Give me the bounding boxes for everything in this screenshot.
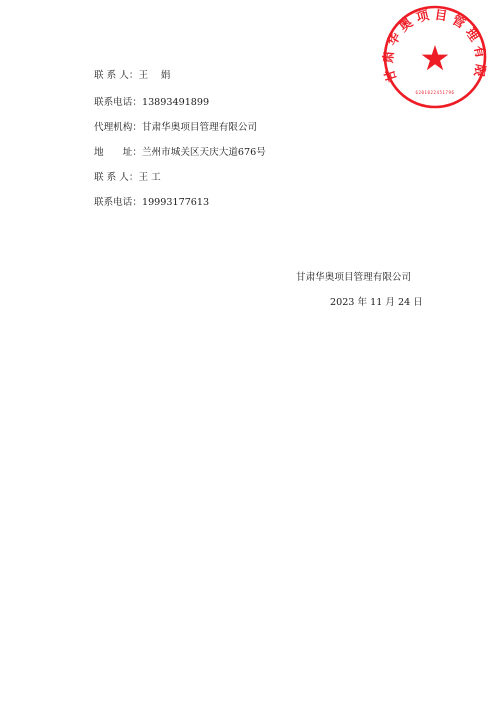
address-value: 兰州市城关区天庆大道676号 (142, 147, 266, 158)
company-seal: 甘肃华奥项目管理有限公司 6201022451796 (372, 0, 498, 116)
svg-text:6201022451796: 6201022451796 (415, 90, 454, 95)
agency-phone-row: 联系电话：19993177613 (94, 197, 209, 209)
agency-row: 代理机构：甘肃华奥项目管理有限公司 (94, 122, 257, 134)
signature-date: 2023 年 11 月 24 日 (330, 297, 423, 309)
purchaser-phone-row: 联系电话：13893491899 (94, 97, 209, 109)
agency-value: 甘肃华奥项目管理有限公司 (142, 122, 257, 133)
star-icon (422, 45, 449, 70)
agency-contact-row: 联 系 人：王 工 (94, 172, 161, 184)
svg-text:甘肃华奥项目管理有限公司: 甘肃华奥项目管理有限公司 (372, 0, 489, 84)
agency-phone-label: 联系电话： (94, 197, 142, 209)
purchaser-contact-label: 联 系 人： (94, 70, 138, 82)
agency-label: 代理机构： (94, 122, 142, 134)
signature-company: 甘肃华奥项目管理有限公司 (296, 272, 411, 284)
agency-phone-value: 19993177613 (142, 197, 209, 208)
address-row: 地 址：兰州市城关区天庆大道676号 (94, 147, 266, 159)
purchaser-phone-label: 联系电话： (94, 97, 142, 109)
purchaser-contact-row: 联 系 人：王 娟 (94, 70, 170, 82)
purchaser-contact-value: 王 娟 (138, 70, 170, 81)
agency-contact-label: 联 系 人： (94, 172, 138, 184)
agency-contact-value: 王 工 (138, 172, 160, 183)
purchaser-phone-value: 13893491899 (142, 97, 209, 108)
address-label: 地 址： (94, 147, 142, 159)
